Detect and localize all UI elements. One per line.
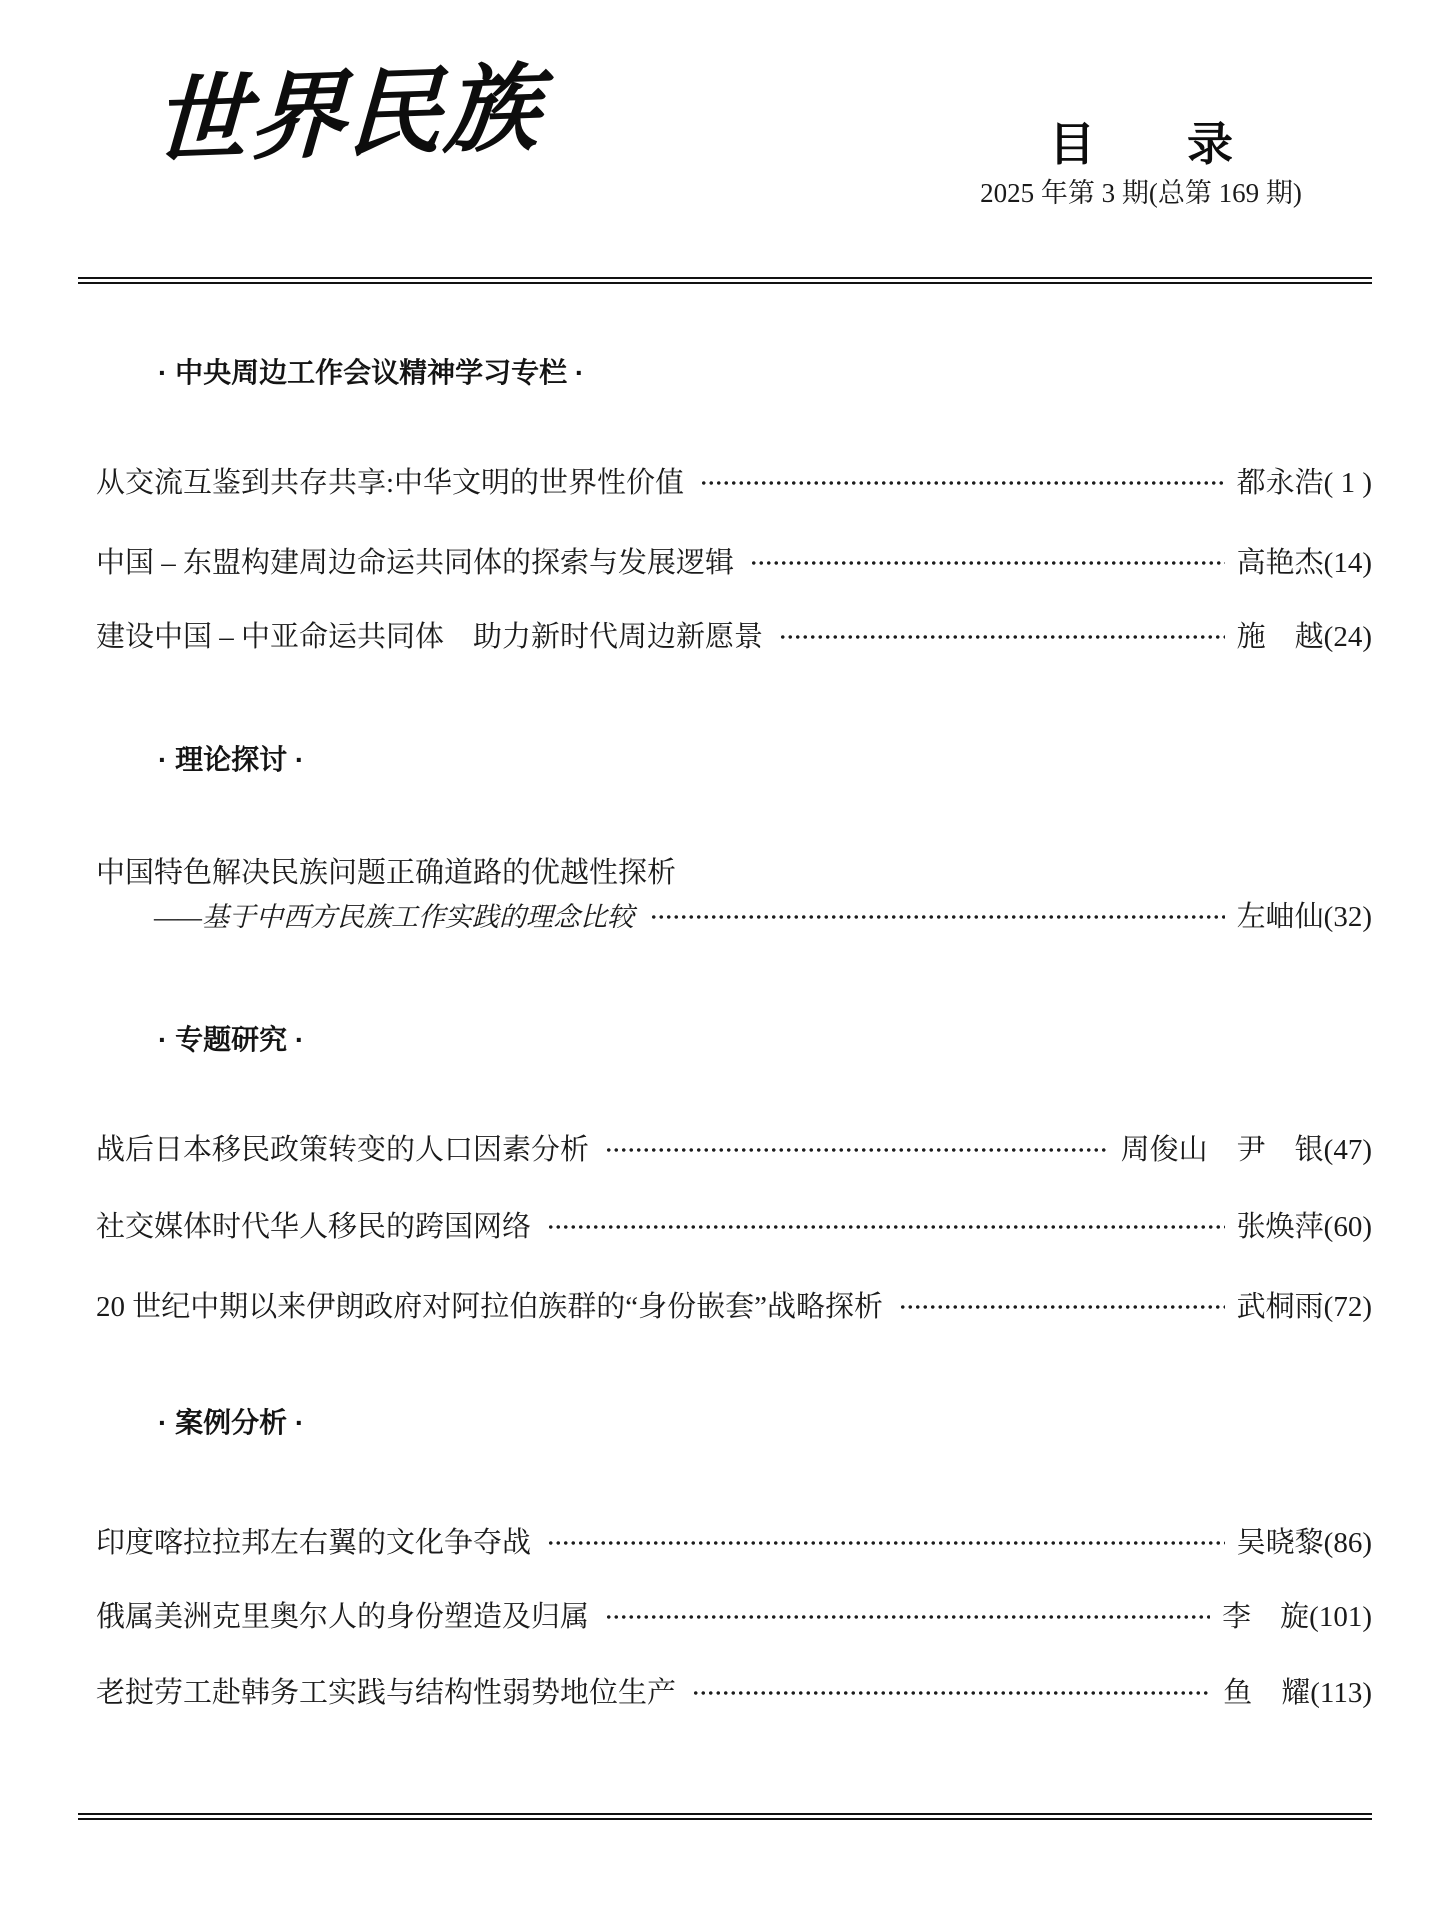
toc-entry: 建设中国 – 中亚命运共同体 助力新时代周边新愿景 施 越 (24) <box>96 620 1372 655</box>
entry-title: 老挝劳工赴韩务工实践与结构性弱势地位生产 <box>96 1676 676 1711</box>
entry-title: 俄属美洲克里奥尔人的身份塑造及归属 <box>96 1600 589 1635</box>
toc-entry-subtitle-line: ——基于中西方民族工作实践的理念比较 左岫仙 (32) <box>96 900 1372 935</box>
entry-subtitle: ——基于中西方民族工作实践的理念比较 <box>154 901 634 933</box>
toc-entry: 战后日本移民政策转变的人口因素分析 周俊山 尹 银 (47) <box>96 1133 1372 1168</box>
entry-page-number: (113) <box>1310 1676 1372 1711</box>
entry-page-number: (86) <box>1324 1526 1372 1561</box>
dot-leader <box>547 1222 1225 1232</box>
entry-authors: 左岫仙 <box>1237 900 1324 935</box>
entry-page-number: (24) <box>1324 620 1372 655</box>
entry-title: 战后日本移民政策转变的人口因素分析 <box>96 1133 589 1168</box>
entry-title: 从交流互鉴到共存共享:中华文明的世界性价值 <box>96 466 684 501</box>
section-heading-special-research: · 专题研究 · <box>158 1023 304 1057</box>
journal-logo: 世界民族 <box>151 56 542 174</box>
toc-entry-title-line: 中国特色解决民族问题正确道路的优越性探析 <box>96 856 1372 891</box>
dot-leader <box>692 1688 1211 1698</box>
entry-title: 印度喀拉拉邦左右翼的文化争夺战 <box>96 1526 531 1561</box>
entry-authors: 周俊山 尹 银 <box>1121 1133 1324 1168</box>
dot-leader <box>700 478 1225 488</box>
toc-header: 目 录 2025 年第 3 期(总第 169 期) <box>950 122 1332 207</box>
dot-leader <box>605 1145 1109 1155</box>
toc-entry: 从交流互鉴到共存共享:中华文明的世界性价值 都永浩 ( 1 ) <box>96 466 1372 501</box>
entry-page-number: (32) <box>1324 900 1372 935</box>
toc-entry: 俄属美洲克里奥尔人的身份塑造及归属 李 旋 (101) <box>96 1600 1372 1635</box>
bottom-rule <box>78 1813 1372 1820</box>
dot-leader <box>547 1538 1225 1548</box>
entry-page-number: (101) <box>1309 1600 1372 1635</box>
toc-entry: 20 世纪中期以来伊朗政府对阿拉伯族群的“身份嵌套”战略探析 武桐雨 (72) <box>96 1290 1372 1325</box>
entry-authors: 都永浩 <box>1237 466 1324 501</box>
entry-authors: 武桐雨 <box>1237 1290 1324 1325</box>
entry-page-number: (47) <box>1324 1133 1372 1168</box>
entry-authors: 高艳杰 <box>1237 546 1324 581</box>
top-rule <box>78 277 1372 284</box>
entry-authors: 吴晓黎 <box>1237 1526 1324 1561</box>
toc-entry: 印度喀拉拉邦左右翼的文化争夺战 吴晓黎 (86) <box>96 1526 1372 1561</box>
issue-line: 2025 年第 3 期(总第 169 期) <box>950 180 1332 207</box>
dot-leader <box>779 632 1225 642</box>
entry-title: 中国 – 东盟构建周边命运共同体的探索与发展逻辑 <box>96 546 734 581</box>
entry-page-number: ( 1 ) <box>1324 466 1372 501</box>
entry-title: 中国特色解决民族问题正确道路的优越性探析 <box>96 856 676 891</box>
entry-page-number: (72) <box>1324 1290 1372 1325</box>
entry-title: 建设中国 – 中亚命运共同体 助力新时代周边新愿景 <box>96 620 763 655</box>
dot-leader <box>650 912 1225 922</box>
entry-authors: 鱼 耀 <box>1223 1676 1310 1711</box>
entry-page-number: (60) <box>1324 1210 1372 1245</box>
section-heading-case-analysis: · 案例分析 · <box>158 1406 304 1440</box>
entry-title: 20 世纪中期以来伊朗政府对阿拉伯族群的“身份嵌套”战略探析 <box>96 1290 883 1325</box>
entry-authors: 施 越 <box>1237 620 1324 655</box>
section-heading-central-peripheral-work: · 中央周边工作会议精神学习专栏 · <box>158 356 584 390</box>
entry-page-number: (14) <box>1324 546 1372 581</box>
toc-title: 目 录 <box>950 122 1332 168</box>
toc-entry: 老挝劳工赴韩务工实践与结构性弱势地位生产 鱼 耀 (113) <box>96 1676 1372 1711</box>
journal-toc-page: 世界民族 目 录 2025 年第 3 期(总第 169 期) · 中央周边工作会… <box>0 0 1450 1927</box>
dot-leader <box>750 558 1225 568</box>
entry-authors: 李 旋 <box>1222 1600 1309 1635</box>
dot-leader <box>899 1302 1225 1312</box>
entry-title: 社交媒体时代华人移民的跨国网络 <box>96 1210 531 1245</box>
dot-leader <box>605 1612 1210 1622</box>
entry-authors: 张焕萍 <box>1237 1210 1324 1245</box>
section-heading-theory: · 理论探讨 · <box>158 743 304 777</box>
toc-entry: 社交媒体时代华人移民的跨国网络 张焕萍 (60) <box>96 1210 1372 1245</box>
toc-entry: 中国 – 东盟构建周边命运共同体的探索与发展逻辑 高艳杰 (14) <box>96 546 1372 581</box>
